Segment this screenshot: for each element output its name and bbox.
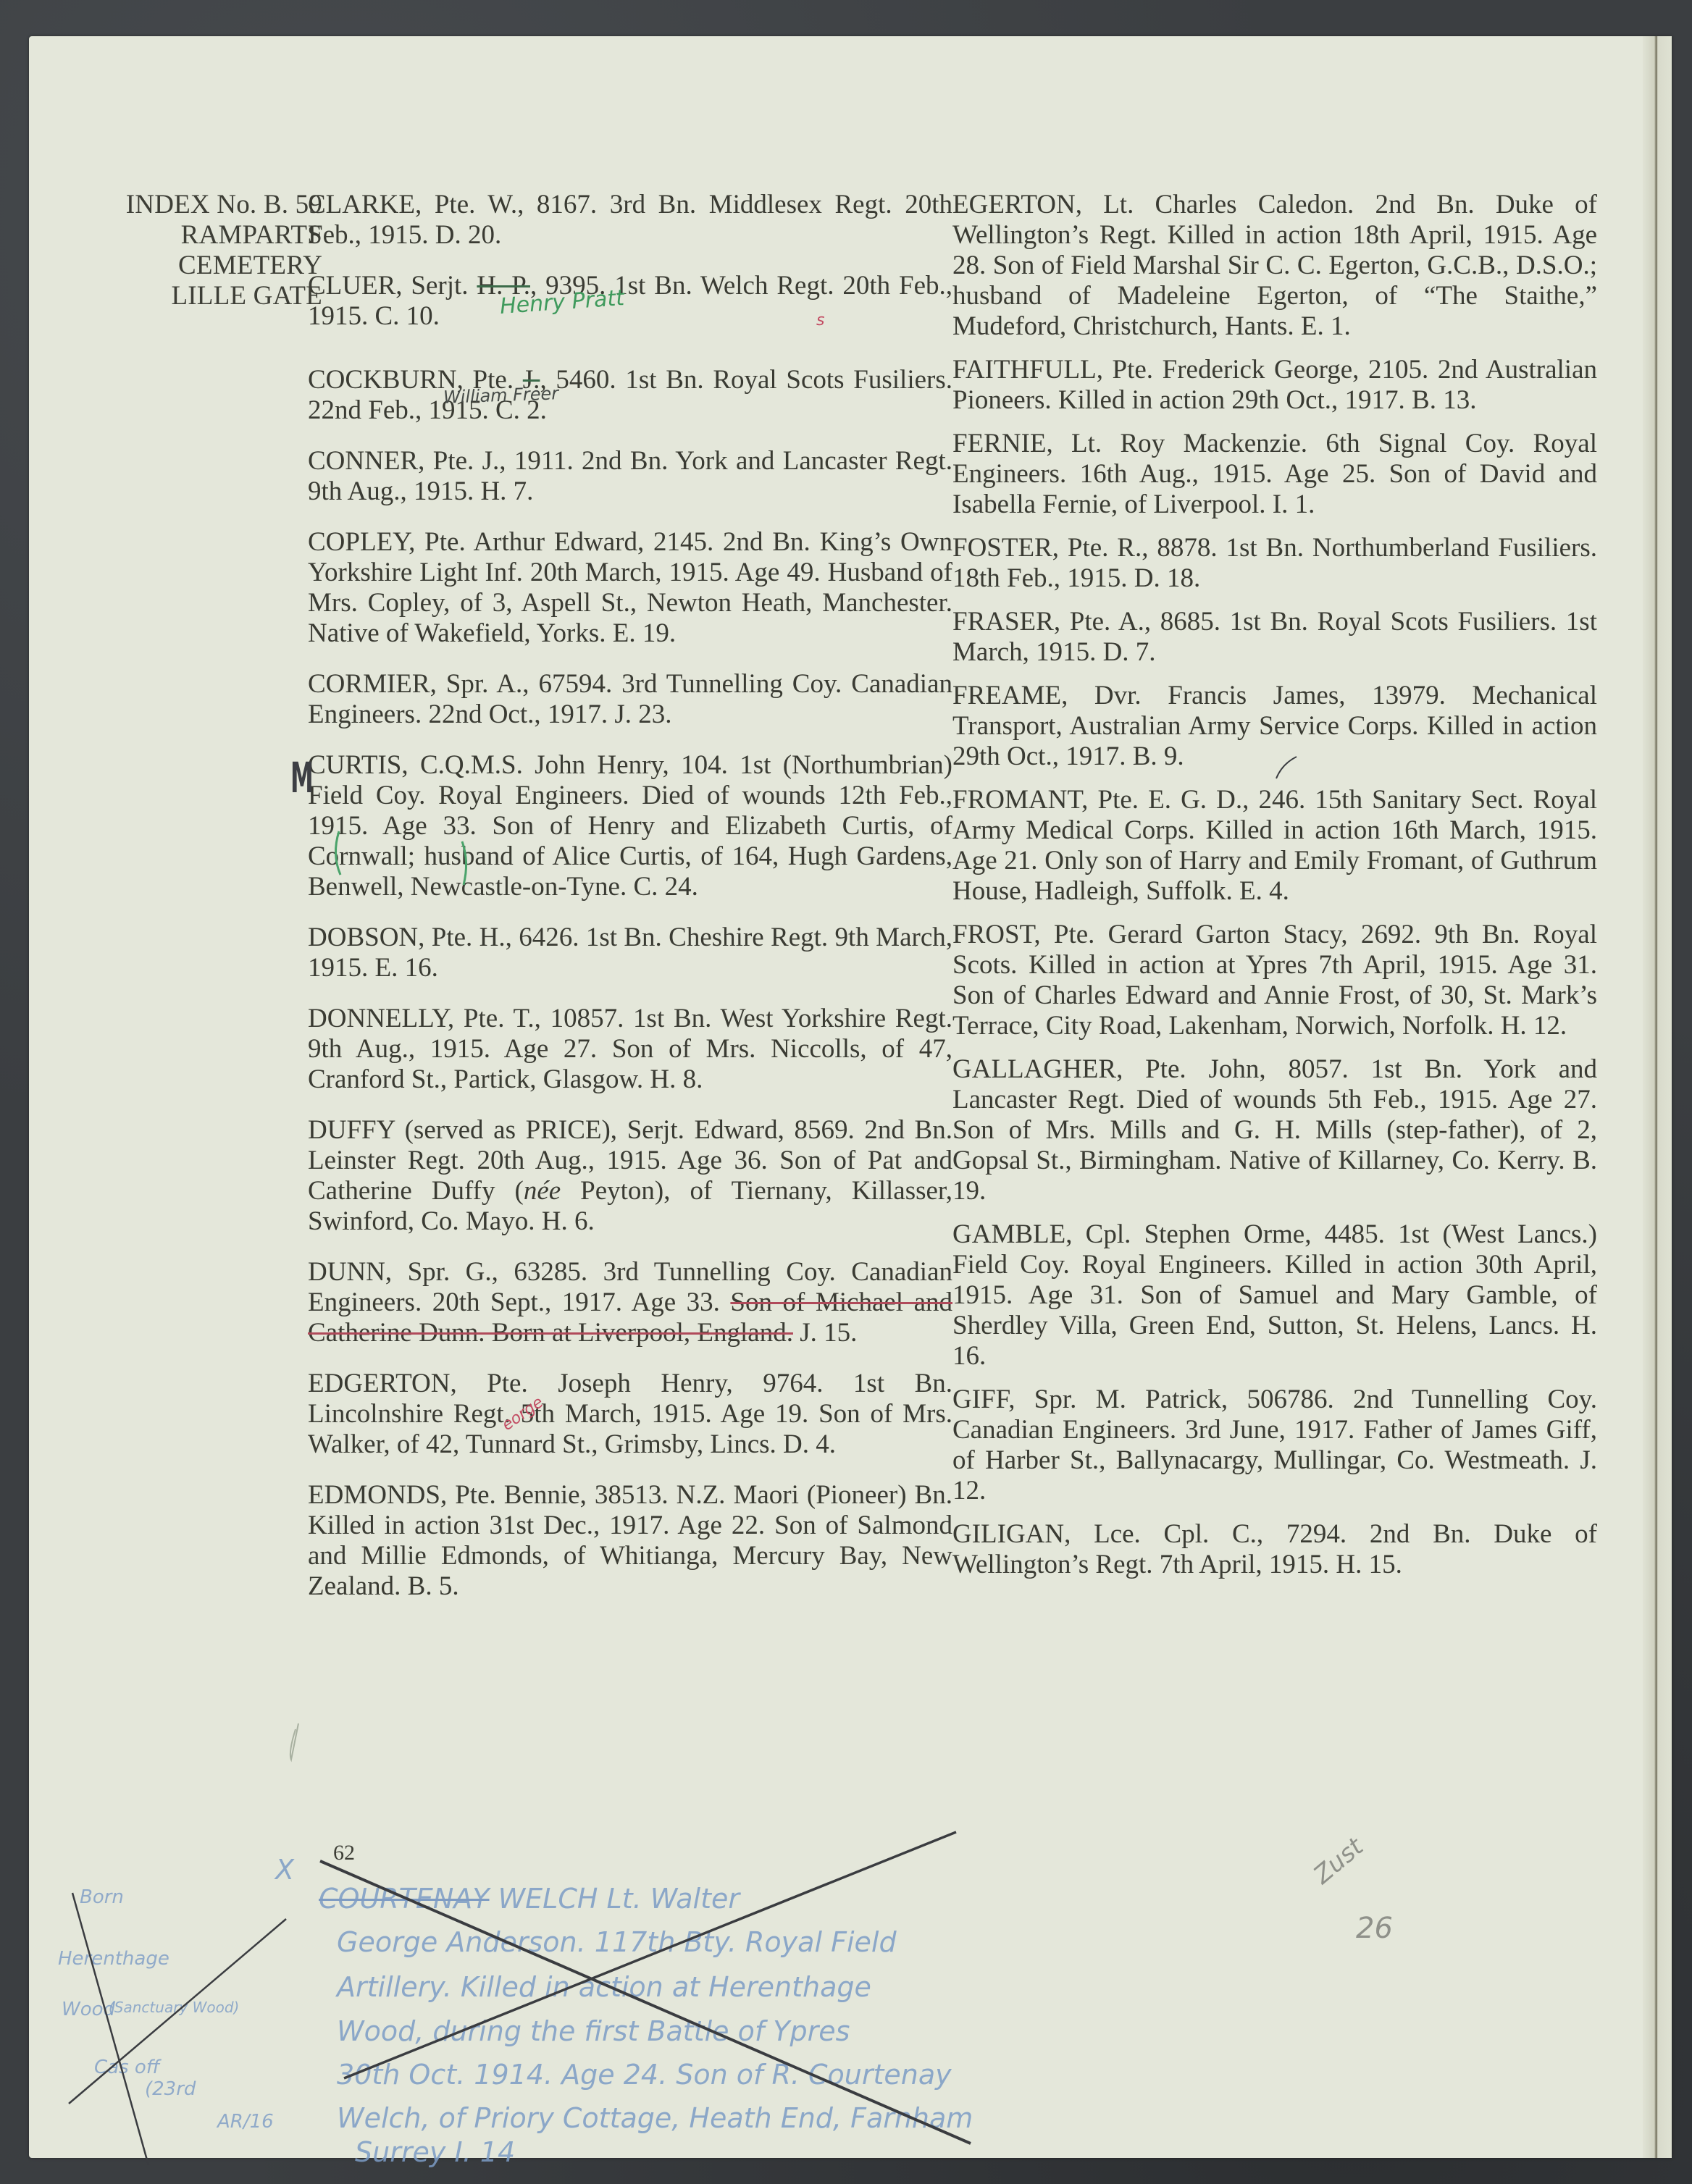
entry-fernie: FERNIE, Lt. Roy Mackenzie. 6th Signal Co…: [952, 429, 1597, 520]
handwritten-left-note-6: (23rd: [145, 2078, 196, 2100]
entry-fromant: FROMANT, Pte. E. G. D., 246. 15th Sanita…: [952, 785, 1597, 907]
handwritten-note-line-5: 30th Oct. 1914. Age 24. Son of R. Courte…: [337, 2059, 952, 2091]
handwritten-left-note-1: Born: [80, 1886, 124, 1908]
entry-edmonds: EDMONDS, Pte. Bennie, 38513. N.Z. Maori …: [308, 1480, 952, 1602]
index-number: INDEX No. B. 59: [43, 190, 322, 220]
handwritten-note-line-1: COURTENAY WELCH Lt. Walter: [319, 1883, 740, 1915]
struck-courtenay: COURTENAY: [319, 1883, 490, 1915]
handwritten-left-note-7: AR/16: [217, 2111, 274, 2133]
entry-donnelly: DONNELLY, Pte. T., 10857. 1st Bn. West Y…: [308, 1004, 952, 1095]
cemetery-name-line-3: LILLE GATE: [43, 281, 322, 311]
entry-gallagher: GALLAGHER, Pte. John, 8057. 1st Bn. York…: [952, 1054, 1597, 1206]
page-number: 62: [333, 1841, 355, 1865]
pencil-number: 26: [1356, 1912, 1393, 1945]
handwritten-left-note-4: (Sanctuary Wood): [109, 1999, 239, 2016]
entry-foster: FOSTER, Pte. R., 8878. 1st Bn. Northumbe…: [952, 533, 1597, 594]
handwritten-left-note-3: Wood: [62, 1999, 115, 2020]
entry-edgerton: EDGERTON, Pte. Joseph Henry, 9764. 1st B…: [308, 1369, 952, 1460]
handwritten-note-line-2: George Anderson. 117th Bty. Royal Field: [337, 1926, 897, 1958]
entry-giff: GIFF, Spr. M. Patrick, 506786. 2nd Tunne…: [952, 1385, 1597, 1506]
entry-dunn: DUNN, Spr. G., 63285. 3rd Tunnelling Coy…: [308, 1257, 952, 1348]
handwritten-note-line-3: Artillery. Killed in action at Herenthag…: [337, 1971, 871, 2003]
handwritten-note-line-6: Welch, of Priory Cottage, Heath End, Far…: [337, 2102, 973, 2134]
entry-gamble: GAMBLE, Cpl. Stephen Orme, 4485. 1st (We…: [952, 1219, 1597, 1372]
handwritten-note-line-4: Wood, during the first Battle of Ypres: [337, 2015, 850, 2047]
handwritten-william-freer: William Freer: [443, 383, 559, 408]
cemetery-name-line-1: RAMPARTS: [43, 220, 322, 251]
entry-curtis: CURTIS, C.Q.M.S. John Henry, 104. 1st (N…: [308, 750, 952, 902]
entry-egerton: EGERTON, Lt. Charles Caledon. 2nd Bn. Du…: [952, 190, 1597, 342]
entry-fraser: FRASER, Pte. A., 8685. 1st Bn. Royal Sco…: [952, 607, 1597, 668]
entry-cluer-start: CLUER, Serjt.: [308, 271, 477, 301]
entry-dobson: DOBSON, Pte. H., 6426. 1st Bn. Cheshire …: [308, 923, 952, 983]
handwritten-margin-mark: M: [290, 753, 314, 802]
entry-cockburn: COCKBURN, Pte. J., 5460. 1st Bn. Royal S…: [308, 365, 952, 426]
cemetery-name-line-2: CEMETERY: [43, 251, 322, 281]
entry-cormier: CORMIER, Spr. A., 67594. 3rd Tunnelling …: [308, 669, 952, 730]
entry-dunn-end: J. 15.: [793, 1318, 857, 1348]
entry-conner: CONNER, Pte. J., 1911. 2nd Bn. York and …: [308, 446, 952, 507]
handwritten-left-note-2: Herenthage: [58, 1948, 169, 1970]
entry-duffy: DUFFY (served as PRICE), Serjt. Edward, …: [308, 1115, 952, 1237]
entry-freame: FREAME, Dvr. Francis James, 13979. Mecha…: [952, 681, 1597, 772]
handwritten-welch-correction: s: [816, 311, 824, 329]
entry-frost: FROST, Pte. Gerard Garton Stacy, 2692. 9…: [952, 920, 1597, 1041]
handwritten-x-mark: X: [275, 1854, 294, 1886]
cemetery-index-label: INDEX No. B. 59 RAMPARTS CEMETERY LILLE …: [43, 190, 322, 311]
entry-copley: COPLEY, Pte. Arthur Edward, 2145. 2nd Bn…: [308, 527, 952, 649]
entry-faithfull: FAITHFULL, Pte. Frederick George, 2105. …: [952, 355, 1597, 416]
nee-italic: née: [524, 1176, 561, 1206]
entry-giligan: GILIGAN, Lce. Cpl. C., 7294. 2nd Bn. Duk…: [952, 1519, 1597, 1580]
right-column: EGERTON, Lt. Charles Caledon. 2nd Bn. Du…: [952, 190, 1597, 1593]
handwritten-left-note-5: Cas off: [94, 2057, 160, 2078]
entry-clarke: CLARKE, Pte. W., 8167. 3rd Bn. Middlesex…: [308, 190, 952, 251]
handwritten-welch-name: WELCH Lt. Walter: [490, 1883, 740, 1915]
left-column: CLARKE, Pte. W., 8167. 3rd Bn. Middlesex…: [308, 190, 952, 1622]
entry-cluer: CLUER, Serjt. H. P., 9395. 1st Bn. Welch…: [308, 271, 952, 332]
handwritten-note-line-7: Surrey I. 14: [355, 2136, 515, 2168]
